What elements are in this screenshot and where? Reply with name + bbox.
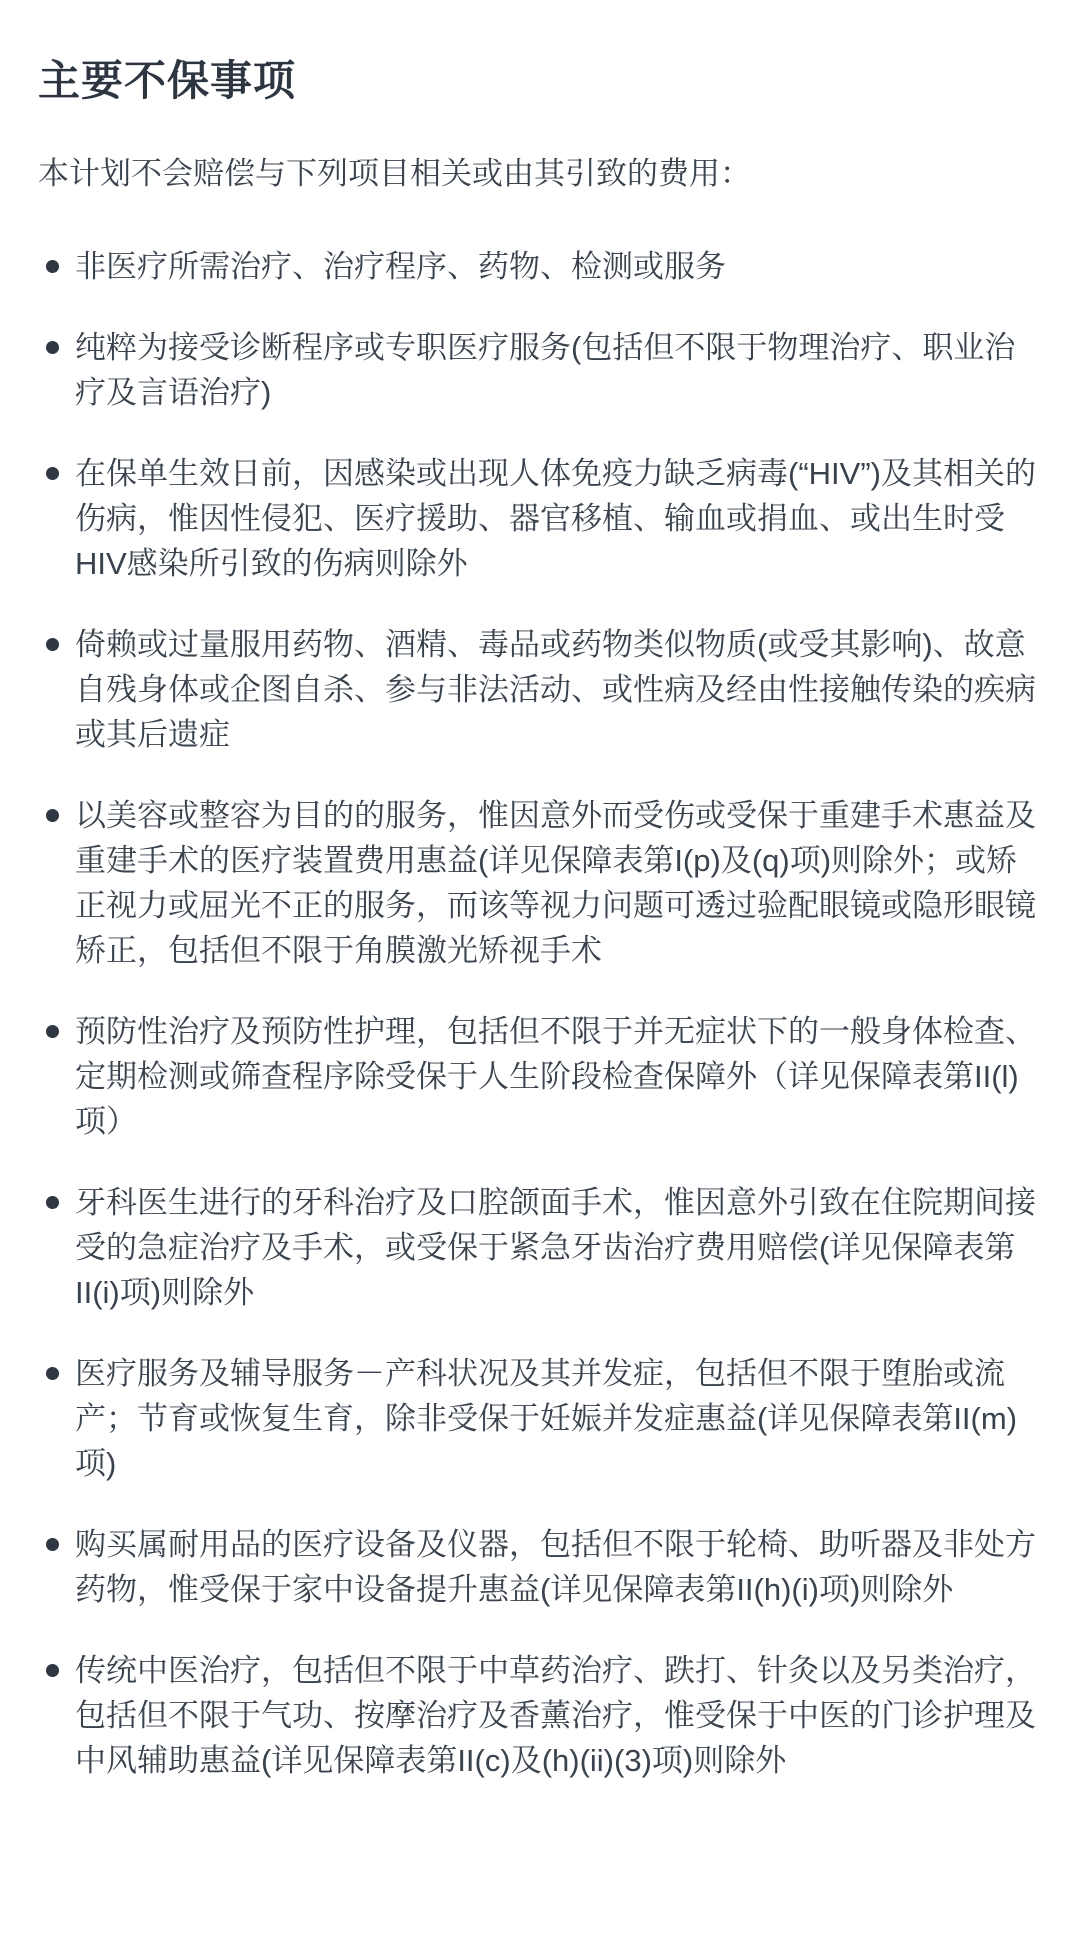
bullet-icon (46, 1025, 59, 1038)
exclusion-item-text: 在保单生效日前，因感染或出现人体免疫力缺乏病毒(“HIV”)及其相关的伤病，惟因… (75, 456, 1036, 581)
exclusion-item: 在保单生效日前，因感染或出现人体免疫力缺乏病毒(“HIV”)及其相关的伤病，惟因… (38, 451, 1042, 586)
exclusion-item-text: 非医疗所需治疗、治疗程序、药物、检测或服务 (75, 249, 726, 284)
bullet-icon (46, 260, 59, 273)
exclusion-item: 购买属耐用品的医疗设备及仪器，包括但不限于轮椅、助听器及非处方药物，惟受保于家中… (38, 1522, 1042, 1612)
exclusions-document: 主要不保事项 本计划不会赔偿与下列项目相关或由其引致的费用： 非医疗所需治疗、治… (0, 0, 1080, 1783)
exclusion-item-text: 纯粹为接受诊断程序或专职医疗服务(包括但不限于物理治疗、职业治疗及言语治疗) (75, 330, 1015, 410)
page-title: 主要不保事项 (38, 54, 1042, 109)
exclusion-item: 倚赖或过量服用药物、酒精、毒品或药物类似物质(或受其影响)、故意自残身体或企图自… (38, 622, 1042, 757)
exclusion-item: 传统中医治疗，包括但不限于中草药治疗、跌打、针灸以及另类治疗，包括但不限于气功、… (38, 1648, 1042, 1783)
exclusion-item-text: 以美容或整容为目的的服务，惟因意外而受伤或受保于重建手术惠益及重建手术的医疗装置… (75, 798, 1036, 968)
bullet-icon (46, 341, 59, 354)
exclusion-item-text: 预防性治疗及预防性护理，包括但不限于并无症状下的一般身体检查、定期检测或筛查程序… (75, 1014, 1036, 1139)
exclusion-item-text: 医疗服务及辅导服务－产科状况及其并发症，包括但不限于堕胎或流产；节育或恢复生育，… (75, 1356, 1017, 1481)
bullet-icon (46, 1367, 59, 1380)
exclusion-item: 以美容或整容为目的的服务，惟因意外而受伤或受保于重建手术惠益及重建手术的医疗装置… (38, 793, 1042, 973)
exclusion-item: 医疗服务及辅导服务－产科状况及其并发症，包括但不限于堕胎或流产；节育或恢复生育，… (38, 1351, 1042, 1486)
exclusions-list: 非医疗所需治疗、治疗程序、药物、检测或服务 纯粹为接受诊断程序或专职医疗服务(包… (38, 244, 1042, 1783)
intro-text: 本计划不会赔偿与下列项目相关或由其引致的费用： (38, 151, 1042, 196)
exclusion-item-text: 牙科医生进行的牙科治疗及口腔颌面手术，惟因意外引致在住院期间接受的急症治疗及手术… (75, 1185, 1036, 1310)
exclusion-item: 非医疗所需治疗、治疗程序、药物、检测或服务 (38, 244, 1042, 289)
exclusion-item-text: 购买属耐用品的医疗设备及仪器，包括但不限于轮椅、助听器及非处方药物，惟受保于家中… (75, 1527, 1036, 1607)
exclusion-item-text: 传统中医治疗，包括但不限于中草药治疗、跌打、针灸以及另类治疗，包括但不限于气功、… (75, 1653, 1036, 1778)
exclusion-item: 预防性治疗及预防性护理，包括但不限于并无症状下的一般身体检查、定期检测或筛查程序… (38, 1009, 1042, 1144)
exclusion-item: 纯粹为接受诊断程序或专职医疗服务(包括但不限于物理治疗、职业治疗及言语治疗) (38, 325, 1042, 415)
bullet-icon (46, 638, 59, 651)
bullet-icon (46, 1538, 59, 1551)
exclusion-item-text: 倚赖或过量服用药物、酒精、毒品或药物类似物质(或受其影响)、故意自残身体或企图自… (75, 627, 1036, 752)
exclusion-item: 牙科医生进行的牙科治疗及口腔颌面手术，惟因意外引致在住院期间接受的急症治疗及手术… (38, 1180, 1042, 1315)
page: { "page": { "title": "主要不保事项", "intro": … (0, 0, 1080, 1952)
bullet-icon (46, 1196, 59, 1209)
bullet-icon (46, 1664, 59, 1677)
bullet-icon (46, 809, 59, 822)
bullet-icon (46, 467, 59, 480)
